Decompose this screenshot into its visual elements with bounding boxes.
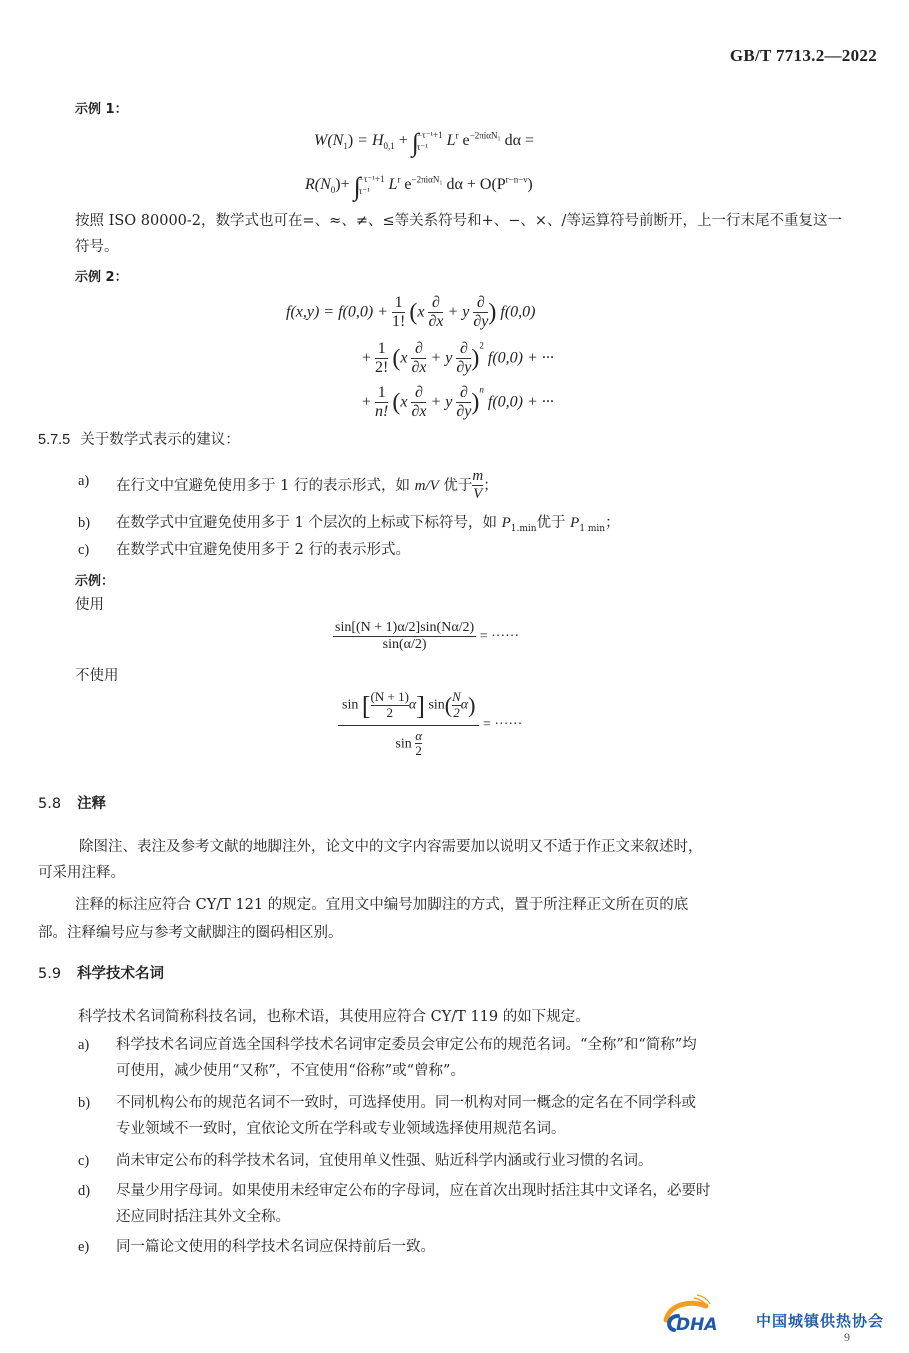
iso-paragraph: 按照 ISO 80000-2，数学式也可在=、≈、≠、≤等关系符号和+、−、×、… [75, 208, 885, 260]
section-58-heading: 5.8注释 [38, 792, 106, 813]
svg-text:DHA: DHA [676, 1315, 718, 1334]
list-item-575-a: a) 在行文中宜避免使用多于 1 行的表示形式，如 m/V 优于mV； [78, 468, 116, 494]
formula-taylor-line2: + 12! (x ∂∂x + y ∂∂y)2 f(0,0) + ··· [362, 340, 554, 378]
list-item-59-c: c) 尚未审定公布的科学技术名词，宜使用单义性强、贴近科学内涵或行业习惯的名词。 [78, 1148, 116, 1174]
example-1-label: 示例 1： [75, 98, 128, 117]
list-item-59-d: d) 尽量少用字母词。如果使用未经审定公布的字母词，应在首次出现时括注其中文译名… [78, 1178, 116, 1204]
page-number: 9 [844, 1330, 850, 1345]
section-58-paragraph-2: 注释的标注应符合 CY/T 121 的规定。宜用文中编号加脚注的方式，置于所注释… [75, 892, 885, 918]
formula-taylor-line3: + 1n! (x ∂∂x + y ∂∂y)n f(0,0) + ··· [362, 384, 554, 422]
section-575-heading: 5.7.5关于数学式表示的建议： [38, 427, 240, 453]
section-59-heading: 5.9科学技术名词 [38, 962, 164, 983]
dha-logo-icon: DHA [660, 1294, 750, 1334]
list-item-575-c: c) 在数学式中宜避免使用多于 2 行的表示形式。 [78, 537, 116, 563]
example-label: 示例： [75, 570, 114, 589]
list-item-59-b: b) 不同机构公布的规范名词不一致时，可选择使用。同一机构对同一概念的定名在不同… [78, 1090, 116, 1116]
formula-w-line2: R(N0)+ ∫−τ⁻¹+1τ⁻¹ Lr e−2πiαN₁ dα + O(Pr−… [305, 172, 533, 202]
org-name: 中国城镇供热协会 [756, 1310, 884, 1331]
list-item-59-a: a) 科学技术名词应首选全国科学技术名词审定委员会审定公布的规范名词。“全称”和… [78, 1032, 116, 1058]
footer-logo: DHA 中国城镇供热协会 [660, 1294, 900, 1334]
formula-notuse: sin [(N + 1)2α] sin(N2α) sin α2 = ······ [338, 690, 522, 759]
example-2-label: 示例 2： [75, 266, 128, 285]
formula-w-line1: W(N1) = H0,1 + ∫−τ⁻¹+1τ⁻¹ Lr e−2πiαN₁ dα… [314, 128, 534, 158]
formula-use: sin[(N + 1)α/2]sin(Nα/2)sin(α/2) = ·····… [333, 620, 519, 653]
formula-taylor-line1: f(x,y) = f(0,0) + 11! (x ∂∂x + y ∂∂y) f(… [286, 294, 535, 332]
section-58-paragraph-2-cont: 部。注释编号应与参考文献脚注的圈码相区别。 [38, 920, 343, 946]
notuse-label: 不使用 [75, 663, 119, 689]
use-label: 使用 [75, 592, 104, 618]
standard-number: GB/T 7713.2—2022 [730, 46, 877, 66]
section-58-paragraph-1: 除图注、表注及参考文献的地脚注外，论文中的文字内容需要加以说明又不适于作正文来叙… [75, 834, 885, 860]
section-59-intro: 科学技术名词简称科技名词，也称术语，其使用应符合 CY/T 119 的如下规定。 [78, 1004, 590, 1030]
list-item-575-b: b) 在数学式中宜避免使用多于 1 个层次的上标或下标符号，如 P1.min优于… [78, 510, 116, 536]
section-58-paragraph-1-cont: 可采用注释。 [38, 860, 125, 886]
list-item-59-e: e) 同一篇论文使用的科学技术名词应保持前后一致。 [78, 1234, 116, 1260]
